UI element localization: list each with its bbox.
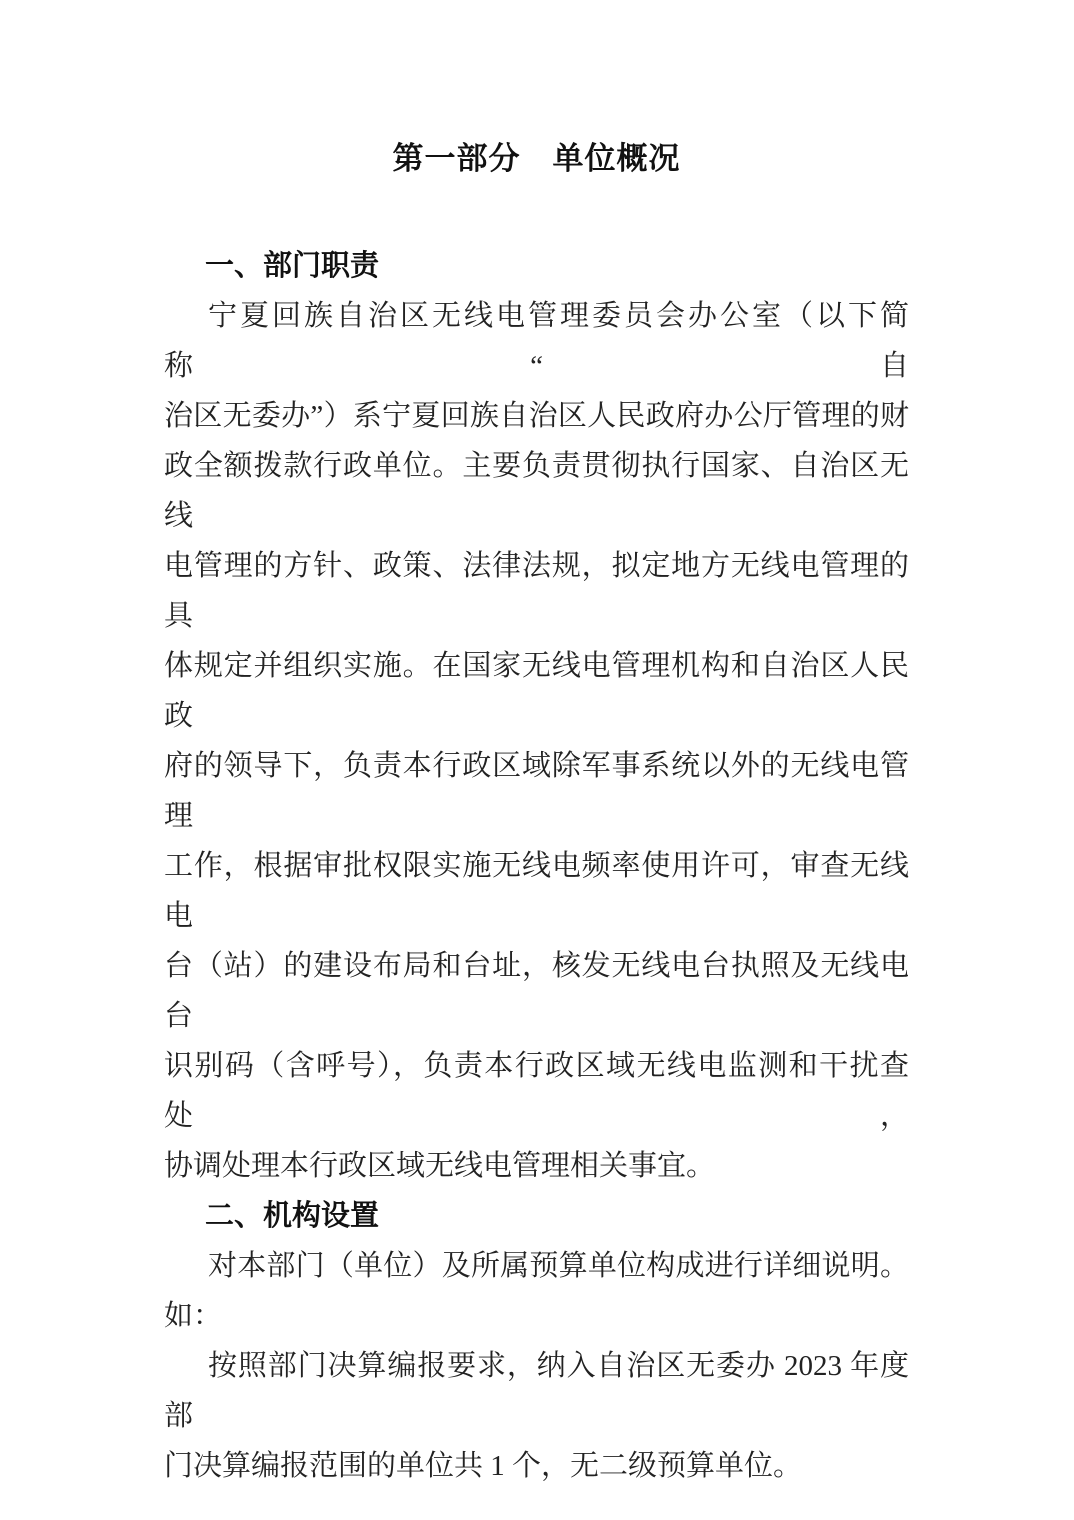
- body-line: 如：: [164, 1291, 909, 1341]
- body-line: 治区无委办”）系宁夏回族自治区人民政府办公厅管理的财: [164, 391, 909, 441]
- document-body: 一、部门职责宁夏回族自治区无线电管理委员会办公室（以下简称“自治区无委办”）系宁…: [164, 241, 909, 1491]
- body-line: 体规定并组织实施。在国家无线电管理机构和自治区人民政: [164, 641, 909, 741]
- body-line: 门决算编报范围的单位共 1 个，无二级预算单位。: [164, 1441, 909, 1491]
- body-line: 工作，根据审批权限实施无线电频率使用许可，审查无线电: [164, 841, 909, 941]
- body-line: 电管理的方针、政策、法律法规，拟定地方无线电管理的具: [164, 541, 909, 641]
- section-heading: 一、部门职责: [164, 241, 909, 291]
- body-line: 对本部门（单位）及所属预算单位构成进行详细说明。: [164, 1241, 909, 1291]
- body-line: 按照部门决算编报要求，纳入自治区无委办 2023 年度部: [164, 1341, 909, 1441]
- document-page: 第一部分 单位概况 一、部门职责宁夏回族自治区无线电管理委员会办公室（以下简称“…: [0, 0, 1074, 1520]
- document-title: 第一部分 单位概况: [164, 134, 909, 184]
- body-line: 宁夏回族自治区无线电管理委员会办公室（以下简称“自: [164, 291, 909, 391]
- body-line: 政全额拨款行政单位。主要负责贯彻执行国家、自治区无线: [164, 441, 909, 541]
- body-line: 协调处理本行政区域无线电管理相关事宜。: [164, 1141, 909, 1191]
- body-line: 台（站）的建设布局和台址，核发无线电台执照及无线电台: [164, 941, 909, 1041]
- body-line: 府的领导下，负责本行政区域除军事系统以外的无线电管理: [164, 741, 909, 841]
- section-heading: 二、机构设置: [164, 1191, 909, 1241]
- body-line: 识别码（含呼号），负责本行政区域无线电监测和干扰查处，: [164, 1041, 909, 1141]
